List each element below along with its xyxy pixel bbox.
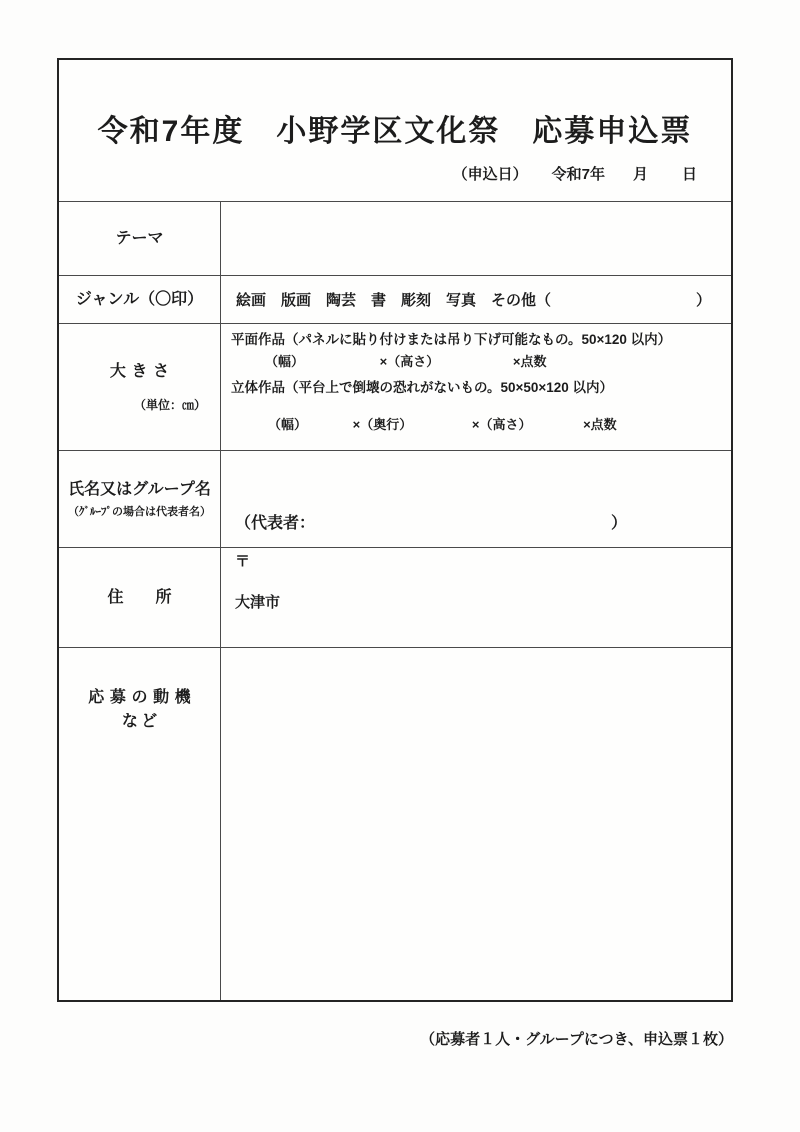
footer-note: （応募者１人・グループにつき、申込票１枚） xyxy=(420,1028,733,1049)
solid-height-label: ×（高さ） xyxy=(472,417,532,432)
city-prefill: 大津市 xyxy=(235,593,280,613)
solid-count-label: ×点数 xyxy=(583,417,617,432)
solid-work-rule: 立体作品（平台上で倒壊の恐れがないもの。50×50×120 以内） xyxy=(231,378,725,397)
genre-label-cell: ジャンル（〇印） xyxy=(59,275,221,323)
form-title: 令和7年度 小野学区文化祭 応募申込票 xyxy=(59,111,731,153)
size-label-cell: 大きさ （単位：㎝） xyxy=(59,323,221,450)
representative-open: （代表者： xyxy=(235,513,315,535)
flat-work-dims-line: （幅） ×（高さ） ×点数 xyxy=(231,353,725,371)
theme-entry-area xyxy=(221,201,731,275)
name-entry-area: （代表者： ） xyxy=(221,450,731,547)
date-day-label: 日 xyxy=(682,164,697,186)
size-unit-note: （単位：㎝） xyxy=(134,397,220,413)
solid-work-dims-line: （幅） ×（奥行） ×（高さ） ×点数 xyxy=(231,416,725,434)
solid-depth-label: ×（奥行） xyxy=(353,417,413,432)
date-month-label: 月 xyxy=(633,164,648,186)
genre-options-line: 絵画 版画 陶芸 書 彫刻 写真 その他（ ） xyxy=(221,276,731,323)
flat-height-label: ×（高さ） xyxy=(380,354,440,369)
motivation-label-line2: など xyxy=(119,710,161,734)
date-label: （申込日） xyxy=(453,164,528,186)
flat-count-label: ×点数 xyxy=(513,354,547,369)
form-outer-border: 令和7年度 小野学区文化祭 応募申込票 （申込日） 令和7年 月 日 テーマ ジ… xyxy=(57,58,733,1002)
size-label: 大きさ xyxy=(104,361,174,383)
date-year: 令和7年 xyxy=(552,164,605,186)
name-label-cell: 氏名又はグループ名 （ｸﾞﾙｰﾌﾟの場合は代表者名） xyxy=(59,450,221,547)
motivation-label-cell: 応募の動機 など xyxy=(59,647,221,1000)
solid-width-label: （幅） xyxy=(268,417,307,432)
representative-close-paren: ） xyxy=(611,513,627,535)
theme-label: テーマ xyxy=(115,228,163,250)
address-label: 住 所 xyxy=(107,587,171,609)
genre-label: ジャンル（〇印） xyxy=(76,289,203,311)
motivation-entry-area xyxy=(221,647,731,1000)
name-sublabel: （ｸﾞﾙｰﾌﾟの場合は代表者名） xyxy=(68,504,211,520)
name-label: 氏名又はグループ名 xyxy=(68,479,211,501)
scanned-application-form: 令和7年度 小野学区文化祭 応募申込票 （申込日） 令和7年 月 日 テーマ ジ… xyxy=(0,0,800,1132)
flat-work-rule: 平面作品（パネルに貼り付けまたは吊り下げ可能なもの。50×120 以内） xyxy=(231,330,725,349)
application-date-line: （申込日） 令和7年 月 日 xyxy=(453,164,697,186)
address-entry-area: 〒 大津市 xyxy=(221,547,731,647)
motivation-label-line1: 応募の動機 xyxy=(83,686,197,710)
form-table: テーマ ジャンル（〇印） 絵画 版画 陶芸 書 彫刻 写真 その他（ ） 大きさ… xyxy=(59,201,731,1000)
genre-options: 絵画 版画 陶芸 書 彫刻 写真 その他（ xyxy=(236,289,551,310)
representative-line: （代表者： ） xyxy=(235,513,627,535)
genre-close-paren: ） xyxy=(696,289,711,310)
size-instructions: 平面作品（パネルに貼り付けまたは吊り下げ可能なもの。50×120 以内） （幅）… xyxy=(221,324,731,434)
genre-entry-area: 絵画 版画 陶芸 書 彫刻 写真 その他（ ） xyxy=(221,275,731,323)
flat-width-label: （幅） xyxy=(265,354,304,369)
theme-label-cell: テーマ xyxy=(59,201,221,275)
address-label-cell: 住 所 xyxy=(59,547,221,647)
size-entry-area: 平面作品（パネルに貼り付けまたは吊り下げ可能なもの。50×120 以内） （幅）… xyxy=(221,323,731,450)
postal-code-mark: 〒 xyxy=(235,553,250,571)
